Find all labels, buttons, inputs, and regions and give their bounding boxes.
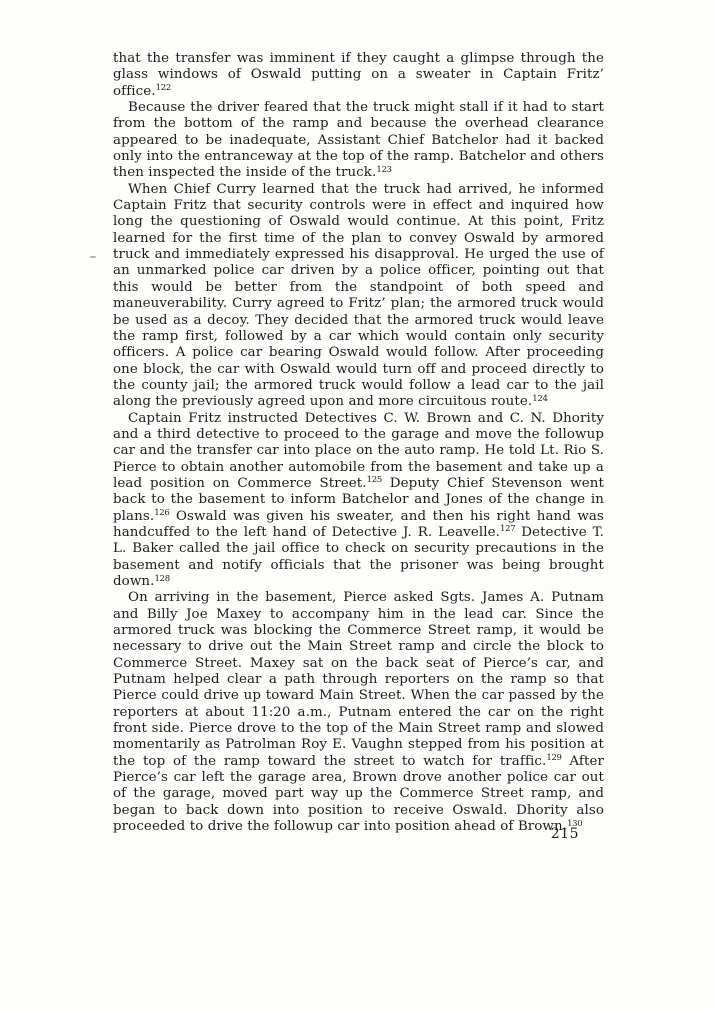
paragraph: Captain Fritz instructed Detectives C. W… <box>113 411 604 591</box>
paragraph: On arriving in the basement, Pierce aske… <box>113 590 604 835</box>
footnote-ref: 122 <box>156 83 171 93</box>
page-number: 215 <box>113 826 604 842</box>
paragraph: that the transfer was imminent if they c… <box>113 51 604 100</box>
footnote-ref: 128 <box>154 574 169 584</box>
document-page: that the transfer was imminent if they c… <box>0 0 714 1010</box>
footnote-ref: 126 <box>154 508 169 518</box>
scan-artifact <box>90 256 96 258</box>
footnote-ref: 123 <box>376 165 391 175</box>
paragraph: When Chief Curry learned that the truck … <box>113 182 604 411</box>
footnote-ref: 129 <box>546 753 561 763</box>
footnote-ref: 127 <box>500 524 515 534</box>
footnote-ref: 125 <box>367 475 382 485</box>
paragraph: Because the driver feared that the truck… <box>113 100 604 182</box>
text-block: that the transfer was imminent if they c… <box>113 51 604 836</box>
footnote-ref: 124 <box>532 394 547 404</box>
